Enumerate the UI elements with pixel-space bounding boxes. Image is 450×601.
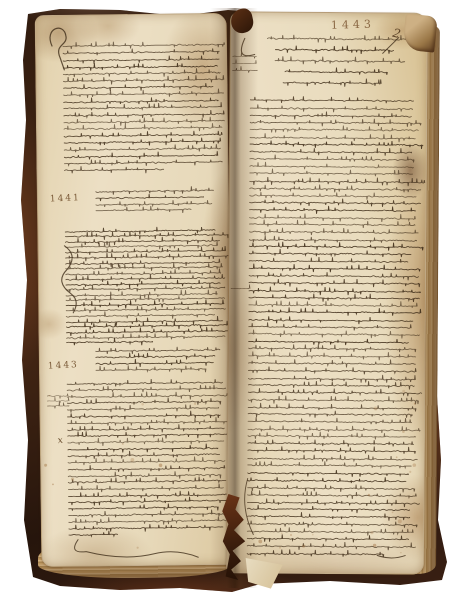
script-line <box>249 227 418 236</box>
script-line <box>249 272 418 281</box>
foxing-spot <box>71 478 74 481</box>
script-line <box>96 352 215 361</box>
year-heading-1443: 1443 <box>331 19 375 31</box>
script-line <box>250 168 413 176</box>
script-line <box>96 186 214 195</box>
script-line <box>247 549 384 557</box>
foxing-spot <box>412 463 416 467</box>
margin-gloss-line <box>47 394 68 399</box>
script-line <box>68 443 218 453</box>
script-line <box>69 503 219 512</box>
foxing-spot <box>44 464 47 467</box>
script-line <box>63 75 223 85</box>
script-line <box>66 299 224 309</box>
foxing-spot <box>402 430 405 433</box>
script-line <box>249 338 409 345</box>
script-line <box>250 205 416 214</box>
script-line <box>68 417 228 426</box>
script-line <box>69 523 223 532</box>
script-line <box>249 220 415 229</box>
foxing-spot <box>159 463 163 467</box>
manuscript-photo: 1441 1443 x 1443 2 <box>0 0 450 601</box>
script-line <box>66 305 225 313</box>
margin-gloss-line <box>47 397 69 403</box>
foxing-spot <box>258 540 262 544</box>
script-line <box>65 236 219 246</box>
script-line <box>68 471 221 481</box>
script-line <box>64 89 224 99</box>
foxing-spot <box>122 443 124 445</box>
script-line <box>68 437 224 447</box>
foxing-spot <box>130 458 134 462</box>
foxing-spot <box>373 544 376 547</box>
foxing-spot <box>52 483 54 485</box>
script-line <box>248 439 414 447</box>
foxing-spot <box>409 471 411 473</box>
script-line <box>68 484 223 493</box>
heading-line <box>275 56 405 65</box>
margin-gloss-line <box>47 402 69 409</box>
marginal-note-line <box>233 59 257 63</box>
script-line <box>67 378 222 387</box>
heading-line <box>285 67 387 75</box>
script-line <box>249 300 417 308</box>
heading-line <box>283 78 381 87</box>
script-line <box>64 96 219 105</box>
script-line <box>69 516 230 526</box>
closing-underline-flourish <box>74 538 198 559</box>
script-line <box>250 140 423 149</box>
foxing-spot <box>141 403 144 406</box>
marginal-note-line <box>233 66 258 73</box>
foxing-spot <box>387 499 388 500</box>
script-line <box>250 111 411 120</box>
opening-initial-flourish <box>50 28 67 70</box>
script-line <box>248 425 420 433</box>
script-line <box>64 165 163 174</box>
script-line <box>64 102 222 111</box>
script-line <box>248 395 418 404</box>
script-line <box>248 498 420 507</box>
script-line <box>250 104 412 112</box>
script-line <box>66 310 214 320</box>
marginal-word <box>231 284 250 289</box>
script-line <box>247 512 409 521</box>
script-line <box>64 144 220 153</box>
right-page: 1443 2 <box>226 11 428 574</box>
script-line <box>249 344 416 353</box>
script-line <box>250 118 421 127</box>
script-line <box>96 205 191 214</box>
margin-year-1441: 1441 <box>50 194 81 204</box>
script-line <box>249 249 411 257</box>
foxing-spot <box>402 390 405 393</box>
foxing-spot <box>368 494 370 496</box>
script-line <box>63 62 217 71</box>
foxing-spot <box>137 547 139 549</box>
script-line <box>248 461 411 469</box>
margin-year-1443: 1443 <box>48 361 79 371</box>
foxing-spot <box>279 547 281 549</box>
script-line <box>67 410 220 420</box>
end-dash-flourish <box>377 555 405 558</box>
script-line <box>68 450 220 459</box>
script-line <box>247 541 415 550</box>
script-line <box>249 278 420 287</box>
script-line <box>64 151 217 160</box>
script-line <box>250 147 412 156</box>
foxing-spot <box>194 403 196 405</box>
script-line <box>250 133 415 142</box>
foxing-spot <box>49 395 50 396</box>
script-line <box>250 184 421 193</box>
script-line <box>96 193 204 201</box>
script-line <box>249 235 416 243</box>
right-page-handwriting <box>227 12 427 573</box>
script-line <box>248 484 415 493</box>
script-line <box>249 307 421 316</box>
foxing-spot <box>281 532 283 534</box>
script-line <box>63 83 212 92</box>
script-line <box>68 476 226 485</box>
script-line <box>66 258 220 267</box>
margin-tail-flourish <box>244 478 253 534</box>
script-line <box>65 246 225 255</box>
script-line <box>249 264 420 273</box>
script-line <box>248 366 416 374</box>
script-line <box>248 454 417 462</box>
script-line <box>248 403 416 412</box>
foxing-spot <box>400 552 402 554</box>
script-line <box>66 269 221 278</box>
foxing-spot <box>414 403 416 405</box>
script-line <box>249 351 416 360</box>
script-line <box>248 446 416 454</box>
script-line <box>63 40 225 49</box>
foxing-spot <box>374 406 378 410</box>
script-line <box>249 316 413 324</box>
script-line <box>250 192 416 200</box>
script-line <box>67 391 227 401</box>
script-line <box>250 213 416 222</box>
script-line <box>250 154 414 162</box>
script-line <box>66 290 217 299</box>
script-line <box>250 125 418 134</box>
script-line <box>63 55 219 64</box>
script-line <box>248 380 414 389</box>
foxing-spot <box>312 534 314 536</box>
script-line <box>68 464 225 473</box>
foxing-spot <box>370 531 373 534</box>
script-line <box>247 534 408 543</box>
script-line <box>250 198 421 207</box>
script-line <box>68 430 228 440</box>
script-line <box>66 279 220 287</box>
script-line <box>63 68 220 78</box>
script-line <box>248 431 415 440</box>
script-line <box>63 48 219 57</box>
script-line <box>250 177 425 186</box>
script-line <box>64 123 222 133</box>
script-line <box>247 521 417 529</box>
script-line <box>249 293 419 302</box>
heading-line <box>267 34 407 43</box>
script-line <box>250 96 413 104</box>
script-line <box>247 505 409 514</box>
script-line <box>96 364 206 373</box>
script-line <box>248 388 421 396</box>
script-line <box>64 130 222 139</box>
script-line <box>68 456 225 465</box>
foxing-spot <box>396 456 398 458</box>
script-line <box>248 410 412 418</box>
script-line <box>249 287 421 296</box>
script-line <box>67 337 153 346</box>
script-line <box>250 162 414 170</box>
heading-initial-flourish <box>241 38 254 55</box>
script-line <box>248 476 406 483</box>
script-line <box>96 200 212 207</box>
foxing-spot <box>290 534 292 536</box>
left-page-handwriting <box>36 14 233 566</box>
script-line <box>248 374 415 383</box>
script-line <box>68 424 225 434</box>
heading-line <box>275 45 393 54</box>
script-line <box>249 322 411 331</box>
script-line <box>248 417 411 424</box>
script-line <box>247 527 413 536</box>
script-line <box>248 359 415 368</box>
script-line <box>249 242 423 251</box>
script-line <box>69 510 225 519</box>
script-line <box>249 257 408 263</box>
script-line <box>96 346 220 354</box>
script-line <box>67 397 220 406</box>
script-line <box>64 158 222 167</box>
script-line <box>96 358 213 367</box>
foxing-spot <box>392 511 394 513</box>
foxing-spot <box>302 545 305 548</box>
foxing-spot <box>398 519 402 523</box>
script-line <box>248 490 417 499</box>
script-line <box>64 137 221 146</box>
script-line <box>248 469 409 477</box>
script-line <box>69 496 229 506</box>
left-page: 1441 1443 x <box>35 13 234 567</box>
script-line <box>249 330 420 339</box>
script-line <box>68 490 228 499</box>
